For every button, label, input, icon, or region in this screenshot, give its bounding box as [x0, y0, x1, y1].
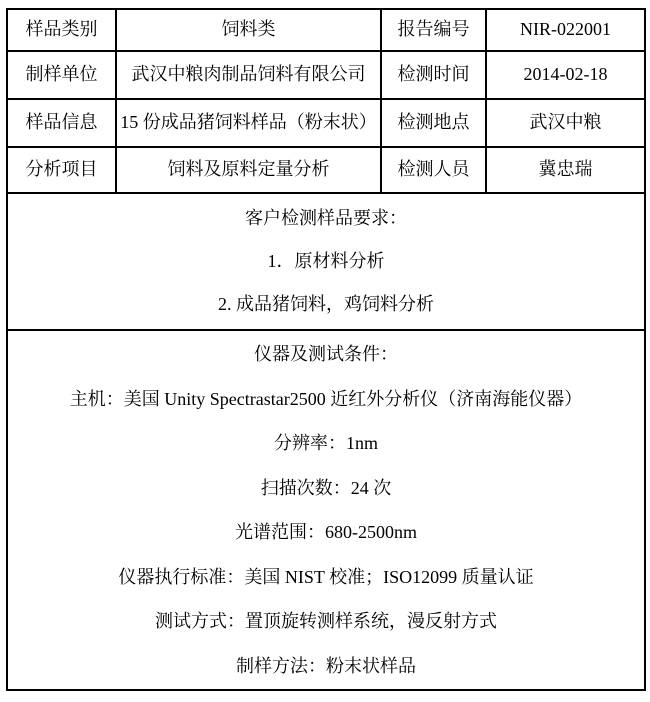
- table-row: 样品信息 15 份成品猪饲料样品（粉末状） 检测地点 武汉中粮: [7, 99, 645, 147]
- requirements-cell: 客户检测样品要求： 1．原材料分析 2. 成品猪饲料，鸡饲料分析: [7, 193, 645, 330]
- requirements-title: 客户检测样品要求：: [8, 197, 644, 240]
- test-time-value: 2014-02-18: [486, 51, 645, 99]
- sample-category-value: 饲料类: [116, 9, 381, 51]
- conditions-title: 仪器及测试条件：: [8, 332, 644, 377]
- report-number-label: 报告编号: [381, 9, 486, 51]
- sampling-unit-label: 制样单位: [7, 51, 116, 99]
- sample-info-label: 样品信息: [7, 99, 116, 147]
- table-row: 仪器及测试条件： 主机：美国 Unity Spectrastar2500 近红外…: [7, 330, 645, 690]
- sample-info-value: 15 份成品猪饲料样品（粉末状）: [116, 99, 381, 147]
- condition-standards: 仪器执行标准：美国 NIST 校准；ISO12099 质量认证: [8, 555, 644, 600]
- condition-scan-count: 扫描次数：24 次: [8, 466, 644, 511]
- table-row: 样品类别 饲料类 报告编号 NIR-022001: [7, 9, 645, 51]
- requirement-item-raw-material: 1．原材料分析: [8, 240, 644, 283]
- sample-category-label: 样品类别: [7, 9, 116, 51]
- analysis-item-value: 饲料及原料定量分析: [116, 147, 381, 193]
- condition-sample-prep: 制样方法：粉末状样品: [8, 644, 644, 689]
- report-number-value: NIR-022001: [486, 9, 645, 51]
- analysis-item-label: 分析项目: [7, 147, 116, 193]
- condition-test-mode: 测试方式：置顶旋转测样系统，漫反射方式: [8, 599, 644, 644]
- conditions-cell: 仪器及测试条件： 主机：美国 Unity Spectrastar2500 近红外…: [7, 330, 645, 690]
- condition-resolution: 分辨率：1nm: [8, 421, 644, 466]
- table-row: 分析项目 饲料及原料定量分析 检测人员 冀忠瑞: [7, 147, 645, 193]
- sampling-unit-value: 武汉中粮肉制品饲料有限公司: [116, 51, 381, 99]
- requirement-item-finished-feed: 2. 成品猪饲料，鸡饲料分析: [8, 283, 644, 326]
- table-row: 制样单位 武汉中粮肉制品饲料有限公司 检测时间 2014-02-18: [7, 51, 645, 99]
- tester-value: 冀忠瑞: [486, 147, 645, 193]
- tester-label: 检测人员: [381, 147, 486, 193]
- test-time-label: 检测时间: [381, 51, 486, 99]
- test-location-value: 武汉中粮: [486, 99, 645, 147]
- report-page: 样品类别 饲料类 报告编号 NIR-022001 制样单位 武汉中粮肉制品饲料有…: [0, 0, 650, 702]
- condition-host-instrument: 主机：美国 Unity Spectrastar2500 近红外分析仪（济南海能仪…: [8, 377, 644, 422]
- sample-report-table: 样品类别 饲料类 报告编号 NIR-022001 制样单位 武汉中粮肉制品饲料有…: [6, 8, 646, 691]
- condition-spectral-range: 光谱范围：680-2500nm: [8, 510, 644, 555]
- test-location-label: 检测地点: [381, 99, 486, 147]
- table-row: 客户检测样品要求： 1．原材料分析 2. 成品猪饲料，鸡饲料分析: [7, 193, 645, 330]
